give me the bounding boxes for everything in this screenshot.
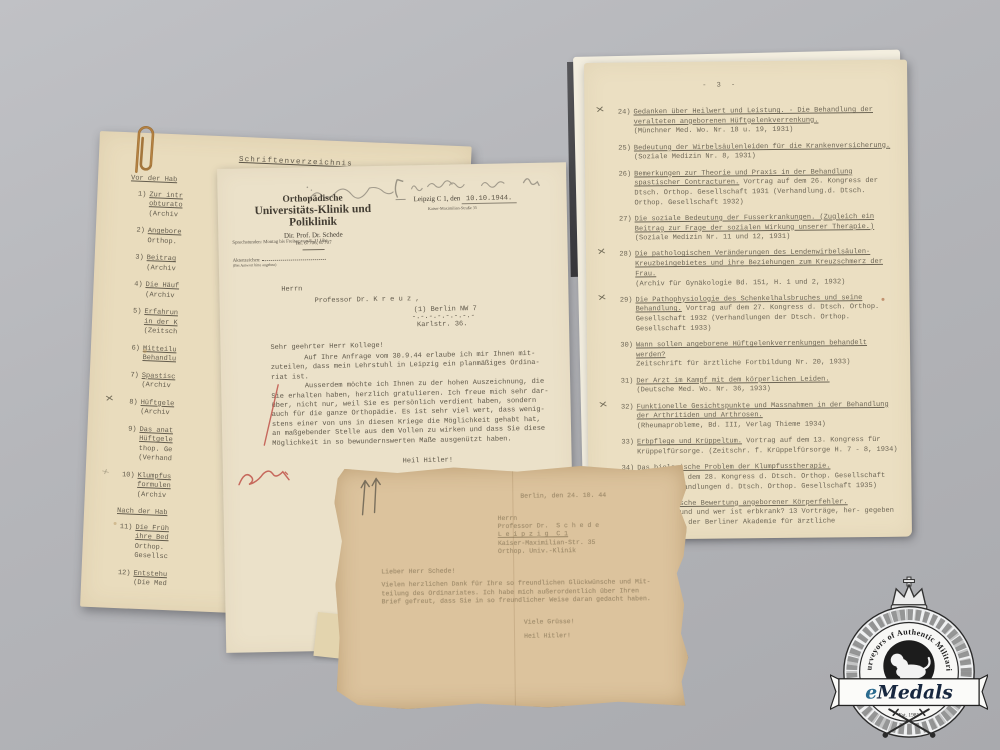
carbon-body: Vielen herzlichen Dank für Ihre so freun… <box>381 578 681 607</box>
item-title: Wann sollen angeborene Hüftgelenkverrenk… <box>636 339 867 359</box>
paperclip-icon <box>126 117 158 179</box>
item-title: Funktionelle Gesichtspunkte und Massnahm… <box>637 400 889 420</box>
list-item: 25)Bedeutung der Wirbelsäulenleiden für … <box>613 141 897 163</box>
pencil-x-mark: × <box>596 248 607 260</box>
pencil-x-mark: × <box>598 400 609 412</box>
crown-icon <box>891 577 927 610</box>
item-text: Der Arzt im Kampf mit dem körperlichen L… <box>636 374 899 396</box>
item-number: 28) <box>614 251 632 290</box>
red-pencil-scribble <box>235 458 294 495</box>
item-text: Erbpflege und Krüppeltum. Vortrag auf de… <box>637 436 900 458</box>
brand-text: eMedals <box>865 682 953 704</box>
salutation: Sehr geehrter Herr Kollege! <box>270 342 384 352</box>
item-text: Gedanken über Heilwert und Leistung. - D… <box>633 106 896 138</box>
reference-dotted-line <box>262 254 326 261</box>
item-title: Die pathologischen Veränderungen des Len… <box>635 248 883 278</box>
list-item: 30)Wann sollen angeborene Hüftgelenkverr… <box>615 339 899 371</box>
item-number: 32) <box>616 403 634 432</box>
item-number: 9) <box>119 425 137 464</box>
item-number: 3) <box>127 253 144 273</box>
carbon-copy-reply: Berlin, den 24. 10. 44 HerrnProfessor Dr… <box>334 465 689 710</box>
item-number: 8) <box>121 398 138 418</box>
letter-closing: Heil Hitler! <box>403 457 454 466</box>
place-date-label: Leipzig C 1, den <box>414 194 461 203</box>
item-number: 27) <box>614 215 632 244</box>
letterhead-rule <box>303 249 325 250</box>
item-number: 29) <box>614 296 632 335</box>
item-reference: (Rheumaprobleme, Bd. III, Verlag Thieme … <box>637 420 900 432</box>
item-title: Bedeutung der Wirbelsäulenleiden für die… <box>634 141 890 152</box>
carbon-closing-1: Viele Grüsse! <box>524 618 575 626</box>
militaria-document-photo: Schriftenverzeichnis Vor der Hab 1)Zur i… <box>0 0 1000 750</box>
pencil-x-mark: × <box>597 294 608 306</box>
item-number: 6) <box>123 344 140 364</box>
reference-label: Aktenzeichen: <box>233 254 326 264</box>
item-reference: (Münchner Med. Wo. Nr. 18 u. 19, 1931) <box>634 125 897 137</box>
item-reference: (Soziale Medizin Nr. 8, 1931) <box>634 153 756 162</box>
list-item: 27)Die soziale Bedeutung der Fusserkrank… <box>614 213 898 245</box>
pencil-x-mark: × <box>104 394 115 405</box>
item-text: Bemerkungen zur Theorie und Praxis in de… <box>634 167 897 209</box>
item-text: Die soziale Bedeutung der Fusserkrankung… <box>635 213 898 245</box>
item-text: Entstehu(Die Med <box>133 569 240 592</box>
item-reference: (Archiv für Gynäkologie Bd. 151, H. 1 un… <box>635 277 898 289</box>
brand-e: e <box>865 682 877 704</box>
item-number: 30) <box>615 342 633 371</box>
pencil-x-mark: × <box>101 468 113 478</box>
item-reference: Zeitschrift für ärztliche Fortbildung Nr… <box>636 358 899 370</box>
item-title: Der Arzt im Kampf mit dem körperlichen L… <box>636 375 829 385</box>
items-after-habilitation: 11)Die Frühihre BedOrthop.Gesellsc12)Ent… <box>114 523 242 593</box>
recipient-name: Professor Dr. K r e u z , <box>314 295 419 305</box>
place-date-line: Leipzig C 1, den 10.10.1944. <box>414 193 517 204</box>
red-pencil-line <box>259 383 284 449</box>
item-title: Erbpflege und Krüppeltum. <box>637 438 742 447</box>
carbon-date: Berlin, den 24. 10. 44 <box>520 492 606 500</box>
item-text: Wann sollen angeborene Hüftgelenkverrenk… <box>636 339 899 371</box>
list-item: 12)Entstehu(Die Med <box>114 568 240 592</box>
item-number: 24) <box>612 109 630 138</box>
pencil-arrows <box>356 474 383 516</box>
item-number: 12) <box>114 568 131 588</box>
carbon-recipient: HerrnProfessor Dr. S c h e d eL e i p z … <box>498 514 600 556</box>
list-item: 31)Der Arzt im Kampf mit dem körperliche… <box>615 374 899 396</box>
list-item: 33)Erbpflege und Krüppeltum. Vortrag auf… <box>616 436 900 458</box>
item-number: 2) <box>128 226 145 246</box>
item-number: 7) <box>122 371 139 391</box>
org-line-2: Universitäts-Klinik und Poliklinik <box>233 203 393 230</box>
list-item: ×24)Gedanken über Heilwert und Leistung.… <box>612 106 896 138</box>
list-item: 26)Bemerkungen zur Theorie und Praxis in… <box>613 167 897 209</box>
foxing-spot <box>114 522 117 525</box>
list-item: ×28)Die pathologischen Veränderungen des… <box>614 248 898 290</box>
list-item: ×29)Die Pathophysiologie des Schenkelhal… <box>614 293 898 335</box>
typed-date: 10.10.1944. <box>462 194 516 204</box>
carbon-closing-2: Heil Hitler! <box>524 632 571 640</box>
list-item: 11)Die Frühihre BedOrthop.Gesellsc <box>115 523 241 566</box>
recipient-street: Karlstr. 36. <box>417 320 468 329</box>
brand-medals: Medals <box>876 682 953 704</box>
item-text: Funktionelle Gesichtspunkte und Massnahm… <box>637 400 900 432</box>
letter-body: Auf Ihre Anfrage vom 30.9.44 erlaube ich… <box>271 349 565 449</box>
established-text: Est. 1985 <box>899 712 920 718</box>
item-number: 5) <box>124 307 141 336</box>
emedals-logo: Purveyors of Authentic Militaria eMedals… <box>830 576 988 748</box>
item-number: 4) <box>126 280 143 300</box>
item-text: Die pathologischen Veränderungen des Len… <box>635 248 898 290</box>
item-title: Die soziale Bedeutung der Fusserkrankung… <box>635 213 875 233</box>
item-text: Bedeutung der Wirbelsäulenleiden für die… <box>634 141 897 163</box>
item-number: 31) <box>615 377 633 397</box>
carbon-salutation: Lieber Herr Schede! <box>381 568 455 576</box>
street-line: Kaiser-Maximilian-Straße 35 <box>428 205 477 211</box>
ribbon-banner: eMedals <box>830 675 988 710</box>
list-item: ×32)Funktionelle Gesichtspunkte und Mass… <box>616 400 900 432</box>
foxing-spot <box>881 298 884 301</box>
item-number: 10) <box>118 471 135 500</box>
recipient-line: Orthop. Univ.-Klinik <box>498 547 600 556</box>
item-number: 26) <box>613 170 631 209</box>
item-number: 33) <box>616 439 634 459</box>
item-reference: (Deutsche Med. Wo. Nr. 36, 1933) <box>636 384 899 396</box>
pencil-x-mark: × <box>595 106 606 118</box>
item-title: Gedanken über Heilwert und Leistung. - D… <box>633 106 873 126</box>
page-number: - 3 - <box>702 81 738 89</box>
item-number: 1) <box>129 190 146 219</box>
bibliography-page-3: - 3 - ×24)Gedanken über Heilwert und Lei… <box>584 60 912 540</box>
item-reference: (Soziale Medizin Nr. 11 und 12, 1931) <box>635 232 898 244</box>
item-text: Die Pathophysiologie des Schenkelhalsbru… <box>635 293 898 335</box>
item-number: 25) <box>613 144 631 164</box>
reference-note: (Bei Antwort bitte angeben) <box>233 263 277 268</box>
recipient-herrn: Herrn <box>281 285 302 293</box>
item-number: 11) <box>115 523 133 562</box>
